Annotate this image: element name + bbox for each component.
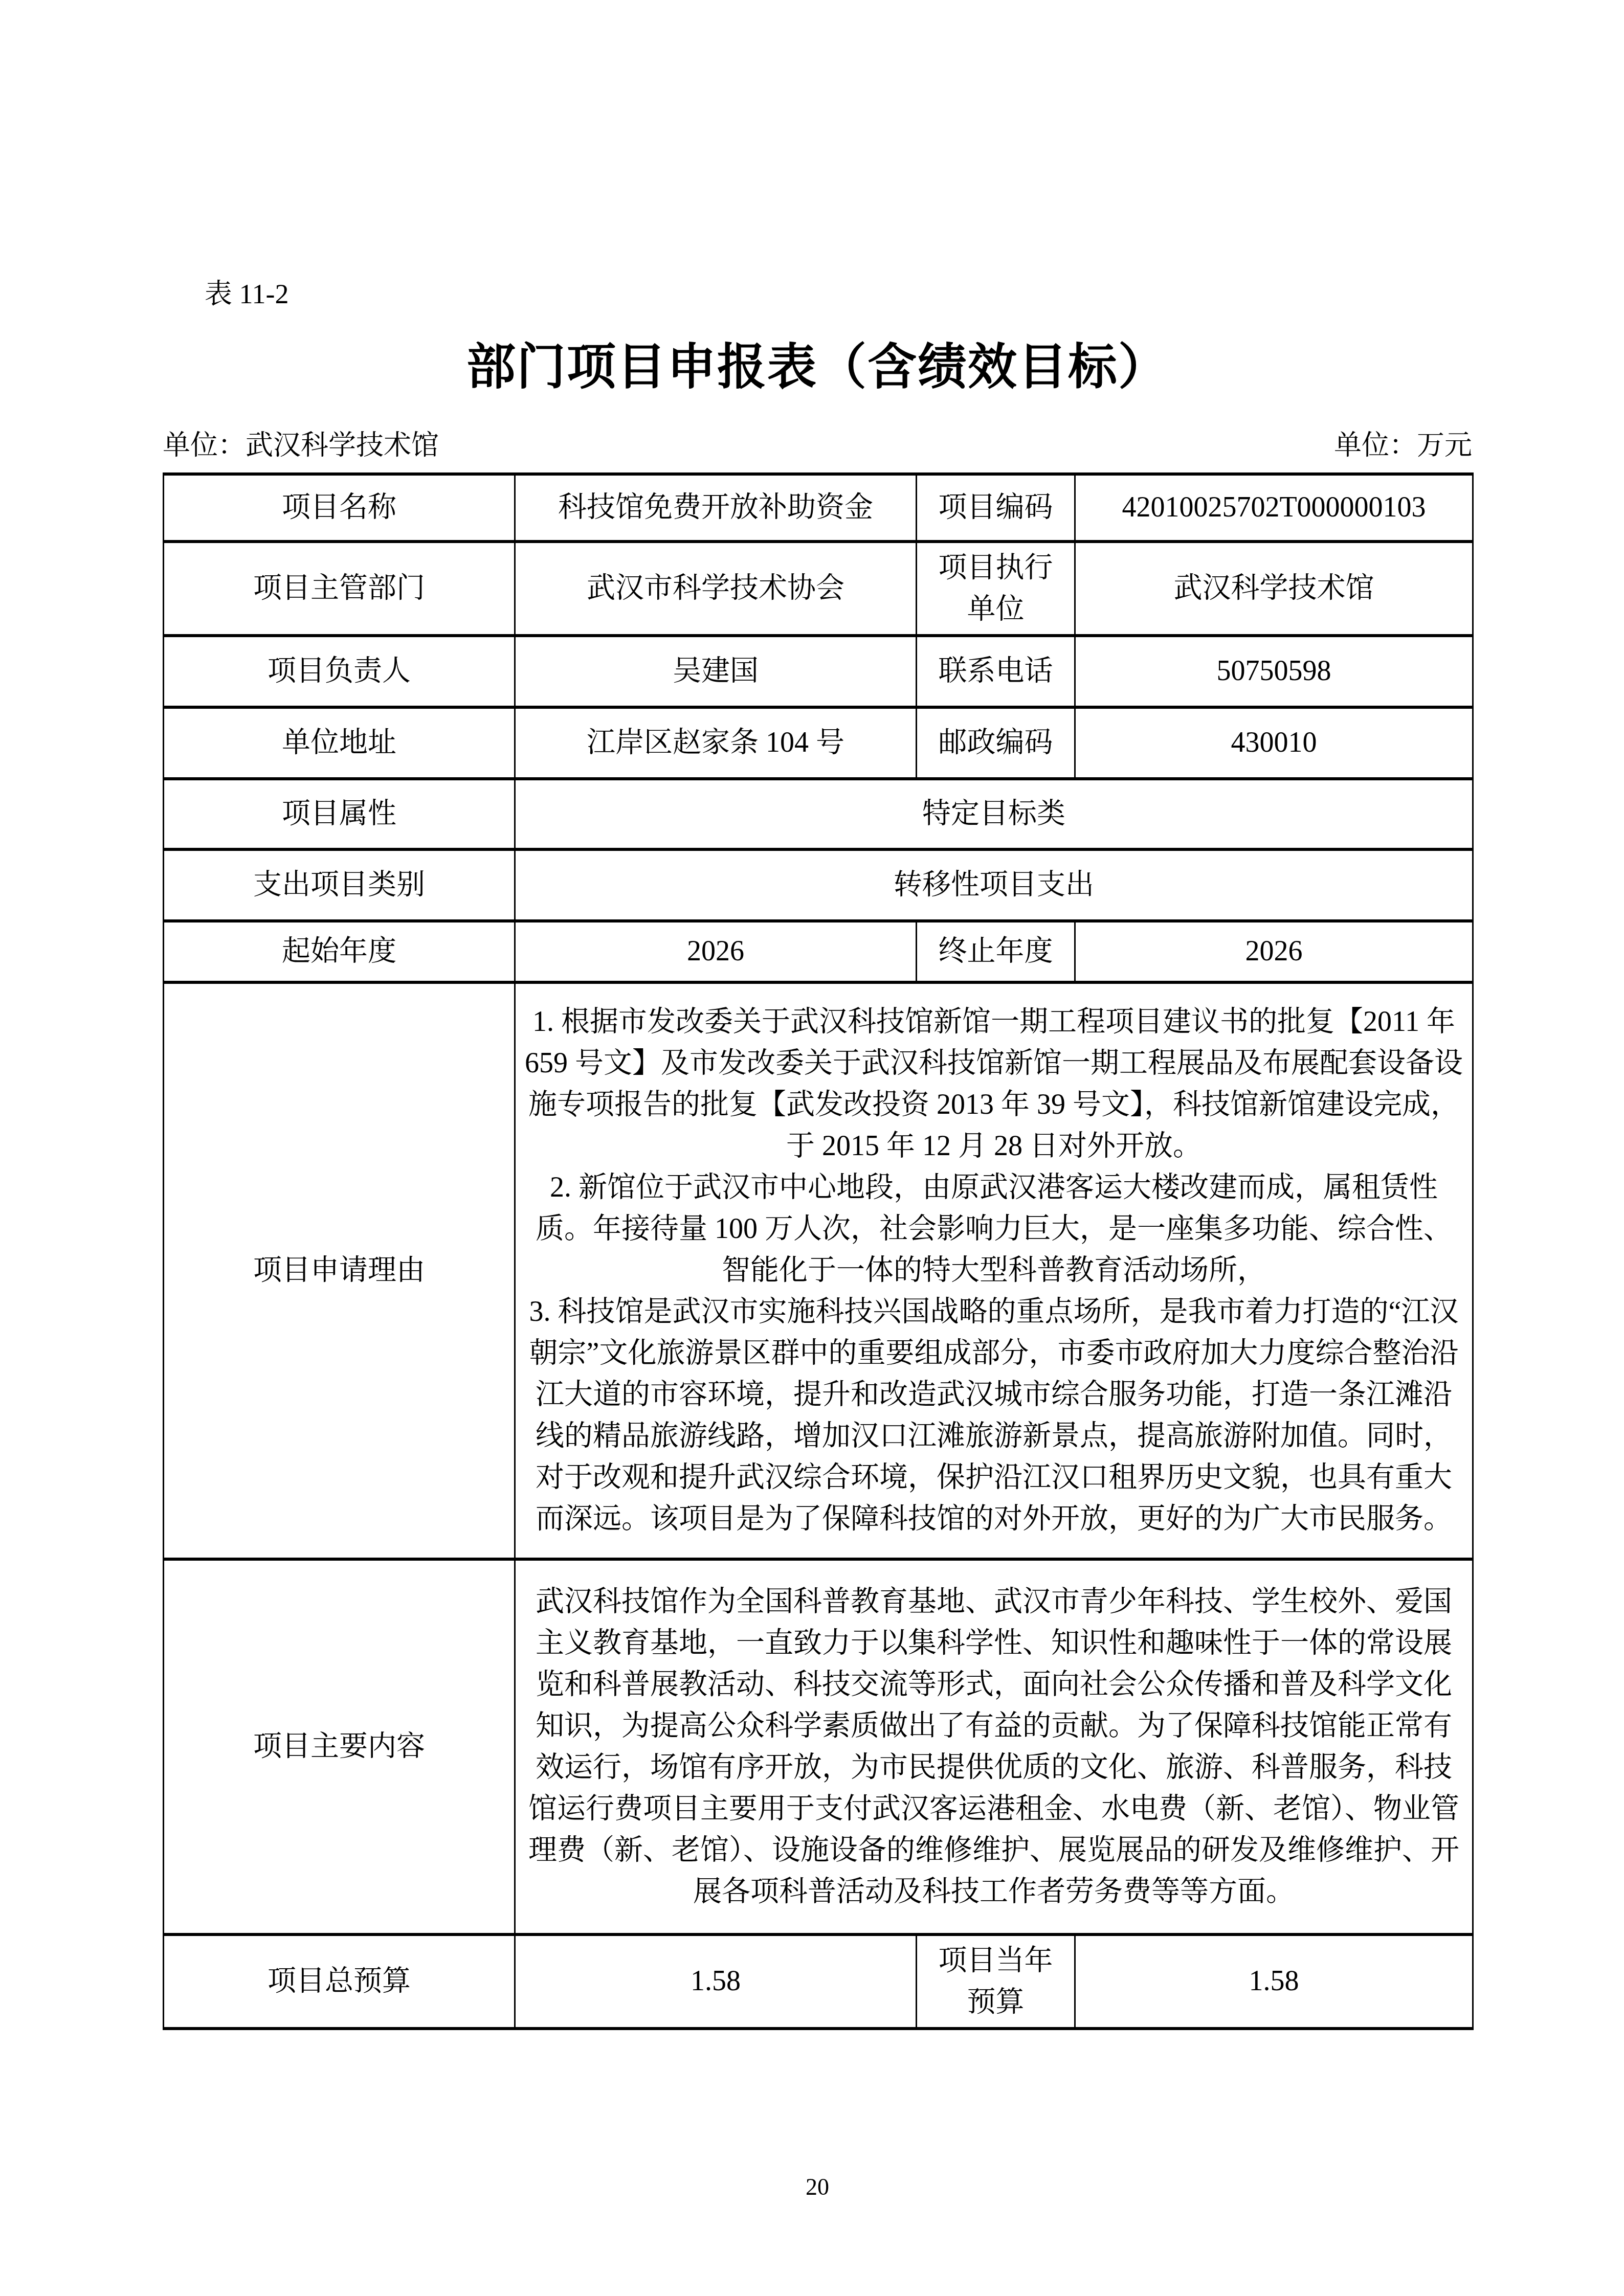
attribute-value: 特定目标类: [515, 779, 1473, 849]
table-row-dept: 项目主管部门 武汉市科学技术协会 项目执行单位 武汉科学技术馆: [164, 542, 1473, 636]
reason-paragraph-2: 2. 新馆位于武汉市中心地段，由原武汉港客运大楼改建而成，属租赁性质。年接待量 …: [525, 1167, 1463, 1291]
exec-unit-value: 武汉科学技术馆: [1075, 542, 1473, 636]
project-code-label: 项目编码: [917, 474, 1075, 542]
project-code-value: 42010025702T000000103: [1075, 474, 1473, 542]
phone-value: 50750598: [1075, 636, 1473, 707]
dept-value: 武汉市科学技术协会: [515, 542, 917, 636]
category-label: 支出项目类别: [164, 849, 515, 921]
table-row-years: 起始年度 2026 终止年度 2026: [164, 921, 1473, 982]
content-label: 项目主要内容: [164, 1559, 515, 1934]
page-number: 20: [163, 2173, 1472, 2200]
content-paragraph: 武汉科技馆作为全国科普教育基地、武汉市青少年科技、学生校外、爱国主义教育基地，一…: [525, 1581, 1463, 1912]
start-year-value: 2026: [515, 921, 917, 982]
exec-unit-label: 项目执行单位: [917, 542, 1075, 636]
postcode-value: 430010: [1075, 707, 1473, 779]
phone-label: 联系电话: [917, 636, 1075, 707]
current-year-budget-label: 项目当年预算: [917, 1934, 1075, 2029]
attribute-label: 项目属性: [164, 779, 515, 849]
end-year-label: 终止年度: [917, 921, 1075, 982]
table-row-category: 支出项目类别 转移性项目支出: [164, 849, 1473, 921]
current-year-budget-value: 1.58: [1075, 1934, 1473, 2029]
table-row-project-name: 项目名称 科技馆免费开放补助资金 项目编码 42010025702T000000…: [164, 474, 1473, 542]
dept-label: 项目主管部门: [164, 542, 515, 636]
reason-label: 项目申请理由: [164, 982, 515, 1559]
start-year-label: 起始年度: [164, 921, 515, 982]
postcode-label: 邮政编码: [917, 707, 1075, 779]
units-row: 单位：武汉科学技术馆 单位：万元: [163, 429, 1472, 462]
project-name-label: 项目名称: [164, 474, 515, 542]
table-row-reason: 项目申请理由 1. 根据市发改委关于武汉科技馆新馆一期工程项目建议书的批复【20…: [164, 982, 1473, 1559]
leader-value: 吴建国: [515, 636, 917, 707]
unit-right-label: 单位：万元: [1334, 429, 1472, 462]
reason-paragraph-1: 1. 根据市发改委关于武汉科技馆新馆一期工程项目建议书的批复【2011 年 65…: [525, 1001, 1463, 1167]
total-budget-label: 项目总预算: [164, 1934, 515, 2029]
unit-left-label: 单位：武汉科学技术馆: [163, 429, 439, 462]
table-row-attribute: 项目属性 特定目标类: [164, 779, 1473, 849]
address-label: 单位地址: [164, 707, 515, 779]
application-form-table: 项目名称 科技馆免费开放补助资金 项目编码 42010025702T000000…: [163, 472, 1474, 2030]
page-title: 部门项目申报表（含绩效目标）: [163, 337, 1472, 396]
project-name-value: 科技馆免费开放补助资金: [515, 474, 917, 542]
table-row-address: 单位地址 江岸区赵家条 104 号 邮政编码 430010: [164, 707, 1473, 779]
end-year-value: 2026: [1075, 921, 1473, 982]
content-text: 武汉科技馆作为全国科普教育基地、武汉市青少年科技、学生校外、爱国主义教育基地，一…: [515, 1559, 1473, 1934]
sheet-label: 表 11-2: [205, 278, 1472, 311]
table-row-leader: 项目负责人 吴建国 联系电话 50750598: [164, 636, 1473, 707]
address-value: 江岸区赵家条 104 号: [515, 707, 917, 779]
document-page: 表 11-2 部门项目申报表（含绩效目标） 单位：武汉科学技术馆 单位：万元 项…: [0, 0, 1624, 2296]
table-row-budget: 项目总预算 1.58 项目当年预算 1.58: [164, 1934, 1473, 2029]
category-value: 转移性项目支出: [515, 849, 1473, 921]
total-budget-value: 1.58: [515, 1934, 917, 2029]
table-row-content: 项目主要内容 武汉科技馆作为全国科普教育基地、武汉市青少年科技、学生校外、爱国主…: [164, 1559, 1473, 1934]
leader-label: 项目负责人: [164, 636, 515, 707]
reason-paragraph-3: 3. 科技馆是武汉市实施科技兴国战略的重点场所，是我市着力打造的“江汉朝宗”文化…: [525, 1291, 1463, 1540]
reason-text: 1. 根据市发改委关于武汉科技馆新馆一期工程项目建议书的批复【2011 年 65…: [515, 982, 1473, 1559]
